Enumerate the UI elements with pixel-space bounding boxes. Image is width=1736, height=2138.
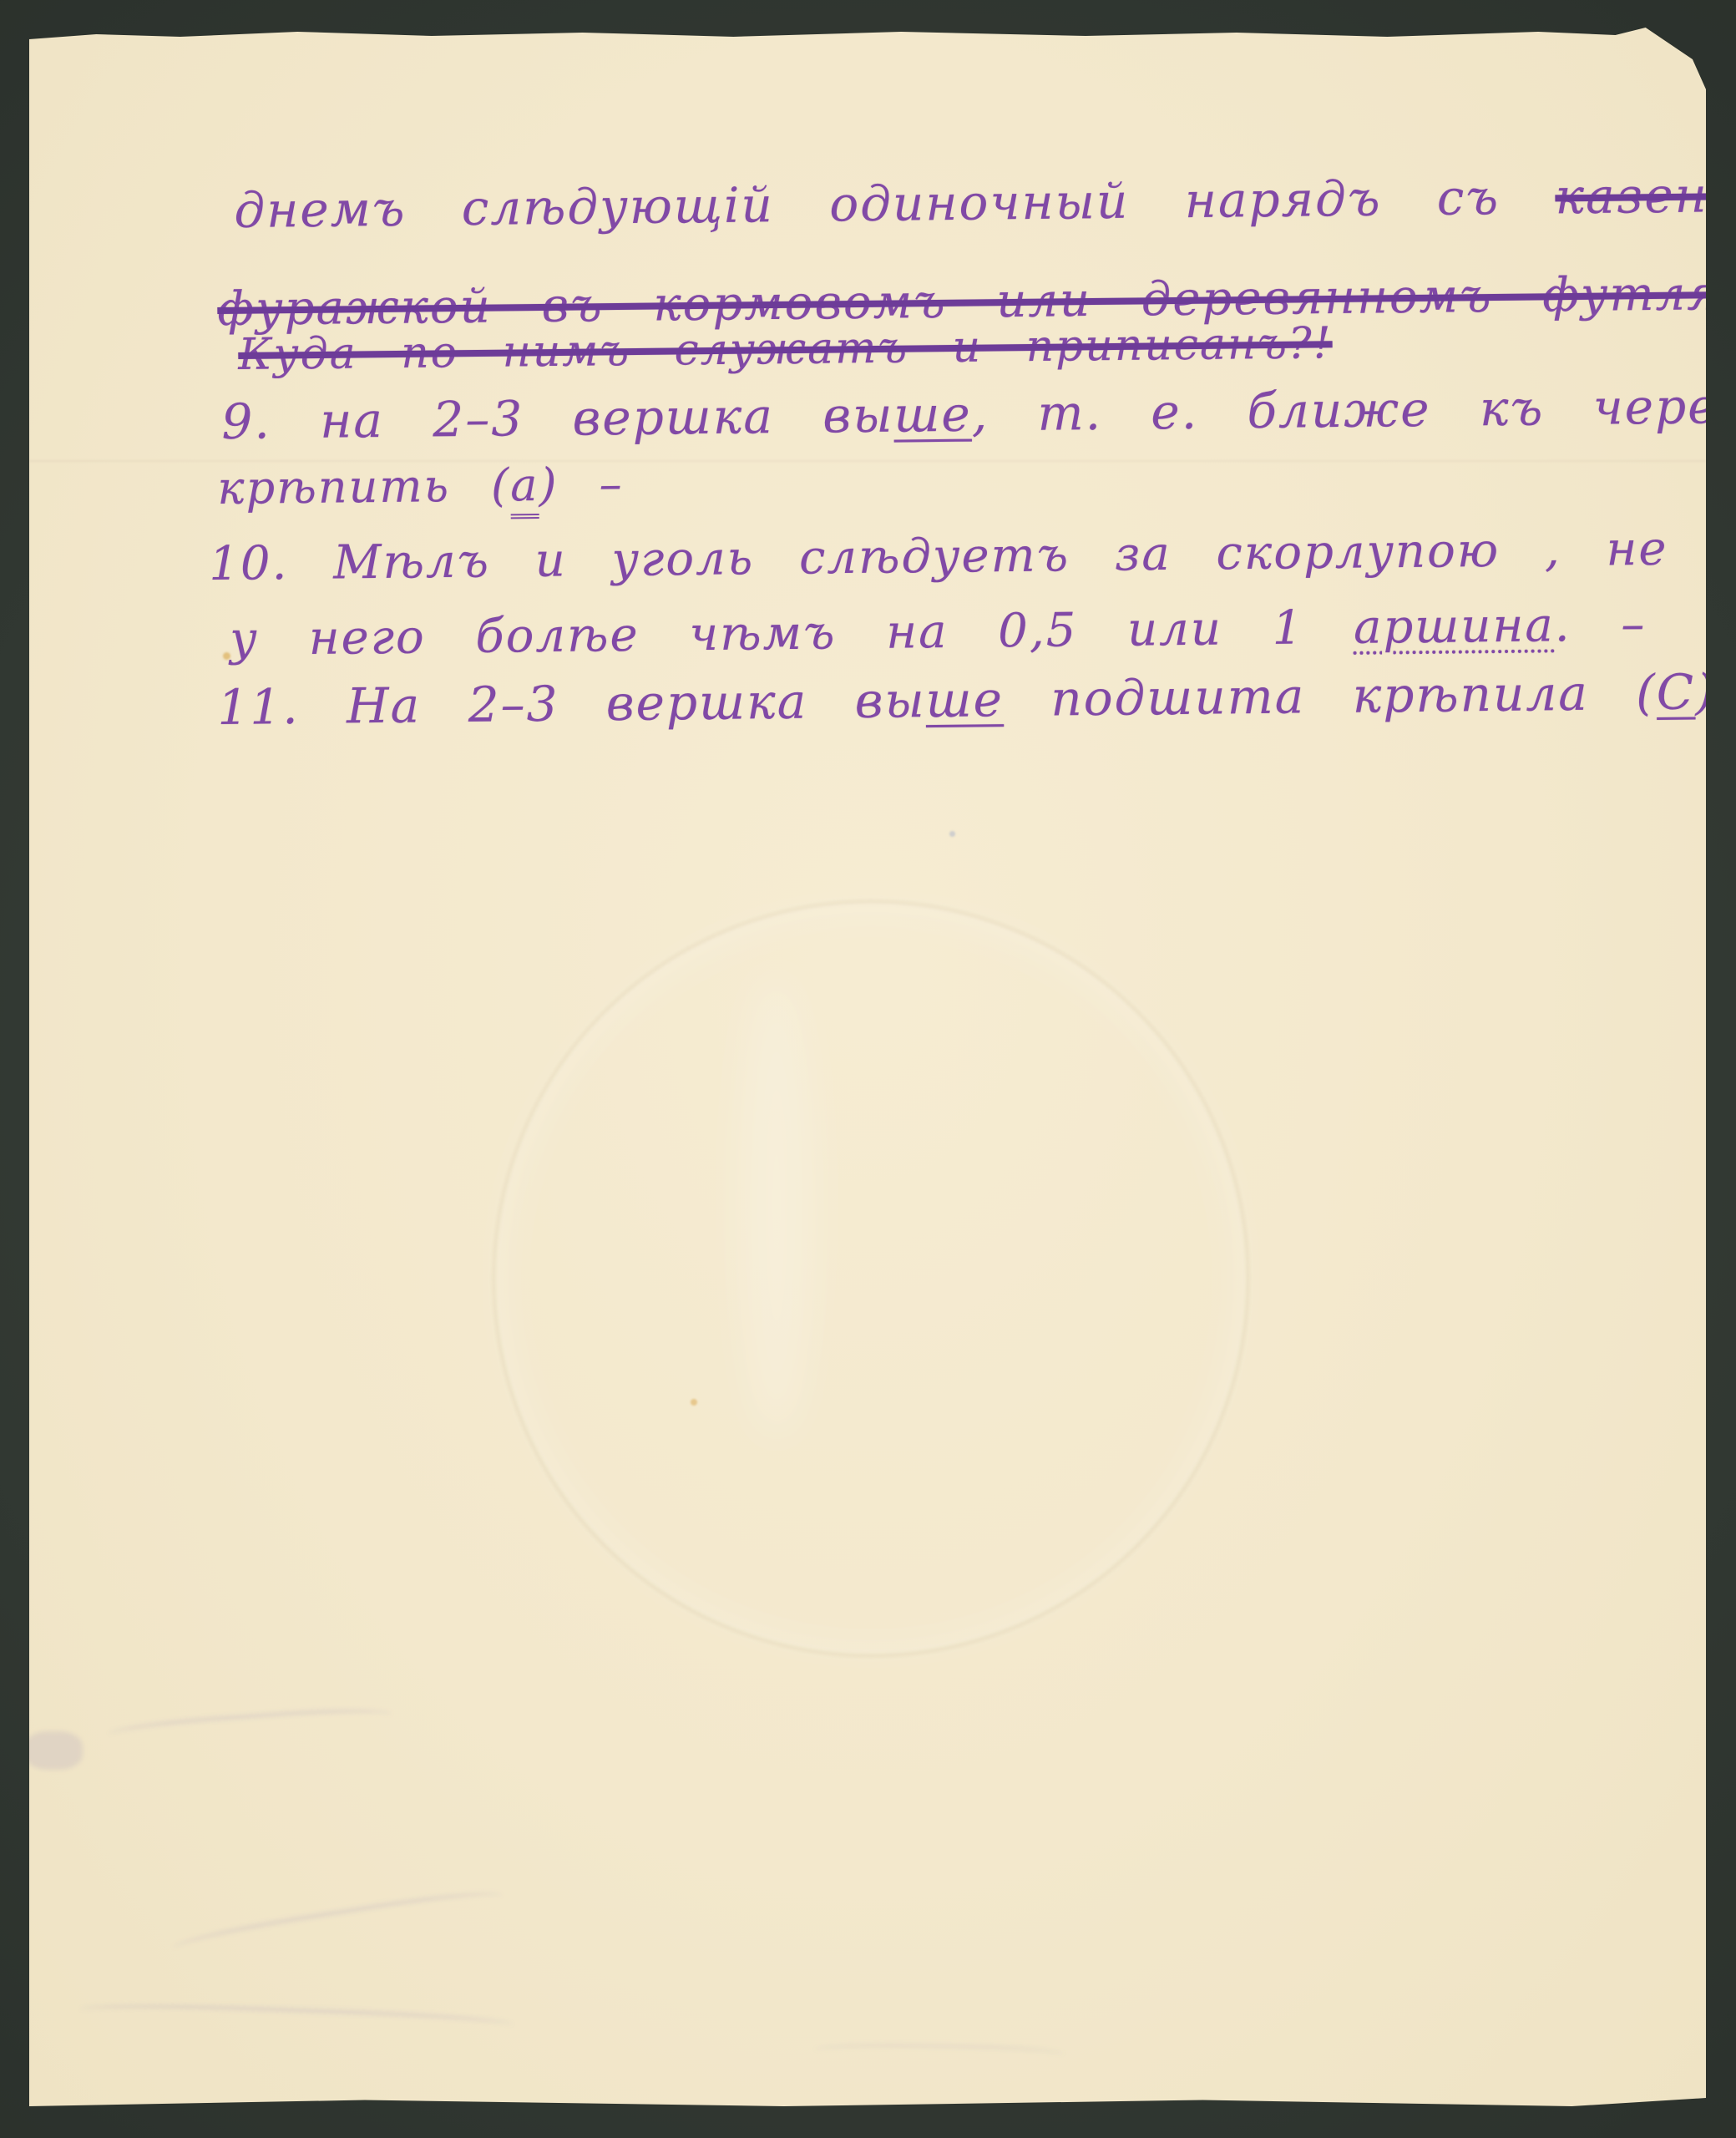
manuscript-page: днемъ слѣдующій одиночный нарядъ съ казе… <box>29 28 1706 2106</box>
handwriting-segment-struck: казенной <box>1555 165 1736 225</box>
item-10-line-1: 10. Мѣлъ и уголь слѣдуетъ за скорлупою ,… <box>209 519 1736 591</box>
handwriting-segment-plain: 10. Мѣлъ и уголь слѣдуетъ за скорлупою ,… <box>209 519 1736 591</box>
handwriting-segment-u: ше <box>893 386 972 443</box>
handwriting-segment-plain: ). – <box>1695 662 1736 720</box>
handwriting-segment-plain: у него болѣе чѣмъ на 0,5 или 1 <box>230 600 1354 666</box>
handwriting-segment-dotted: аршина <box>1354 598 1555 655</box>
item-11-line: 11. На 2–3 вершка выше подшита крѣпила (… <box>217 662 1736 736</box>
handwritten-line-1: днемъ слѣдующій одиночный нарядъ съ казе… <box>234 165 1736 239</box>
handwriting-segment-plain: ) – <box>539 458 624 511</box>
handwriting-segment-plain: , т. е. ближе къ черену древка <box>971 374 1736 442</box>
handwriting-segment-plain: . – <box>1554 597 1646 652</box>
handwriting-segment-plain: 11. На 2–3 вершка вы <box>217 671 926 736</box>
handwriting-segment-plain: днемъ слѣдующій одиночный нарядъ съ <box>234 168 1556 239</box>
item-9-line-2: крѣпить (а) – <box>217 458 624 514</box>
handwriting-segment-plain: 9. на 2–3 вершка вы <box>221 387 894 450</box>
handwriting-segment-plain: крѣпить ( <box>217 459 510 514</box>
handwriting-segment-plain: подшита крѣпила ( <box>1004 664 1658 727</box>
scan-background: днемъ слѣдующій одиночный нарядъ съ казе… <box>0 0 1736 2138</box>
handwriting-segment-uu: а <box>510 459 539 519</box>
handwritten-text-block: днемъ слѣдующій одиночный нарядъ съ казе… <box>29 28 1706 2106</box>
handwriting-segment-u: ше <box>925 671 1004 728</box>
item-9-line-1: 9. на 2–3 вершка выше, т. е. ближе къ че… <box>221 374 1736 450</box>
handwriting-segment-u: С <box>1656 663 1695 720</box>
handwritten-line-3-struck: Куда по нимъ служатъ и приписанъ?! <box>238 318 1333 380</box>
item-10-line-2: у него болѣе чѣмъ на 0,5 или 1 аршина. – <box>230 597 1647 666</box>
handwriting-segment-struck: Куда по нимъ служатъ и приписанъ?! <box>238 318 1333 380</box>
